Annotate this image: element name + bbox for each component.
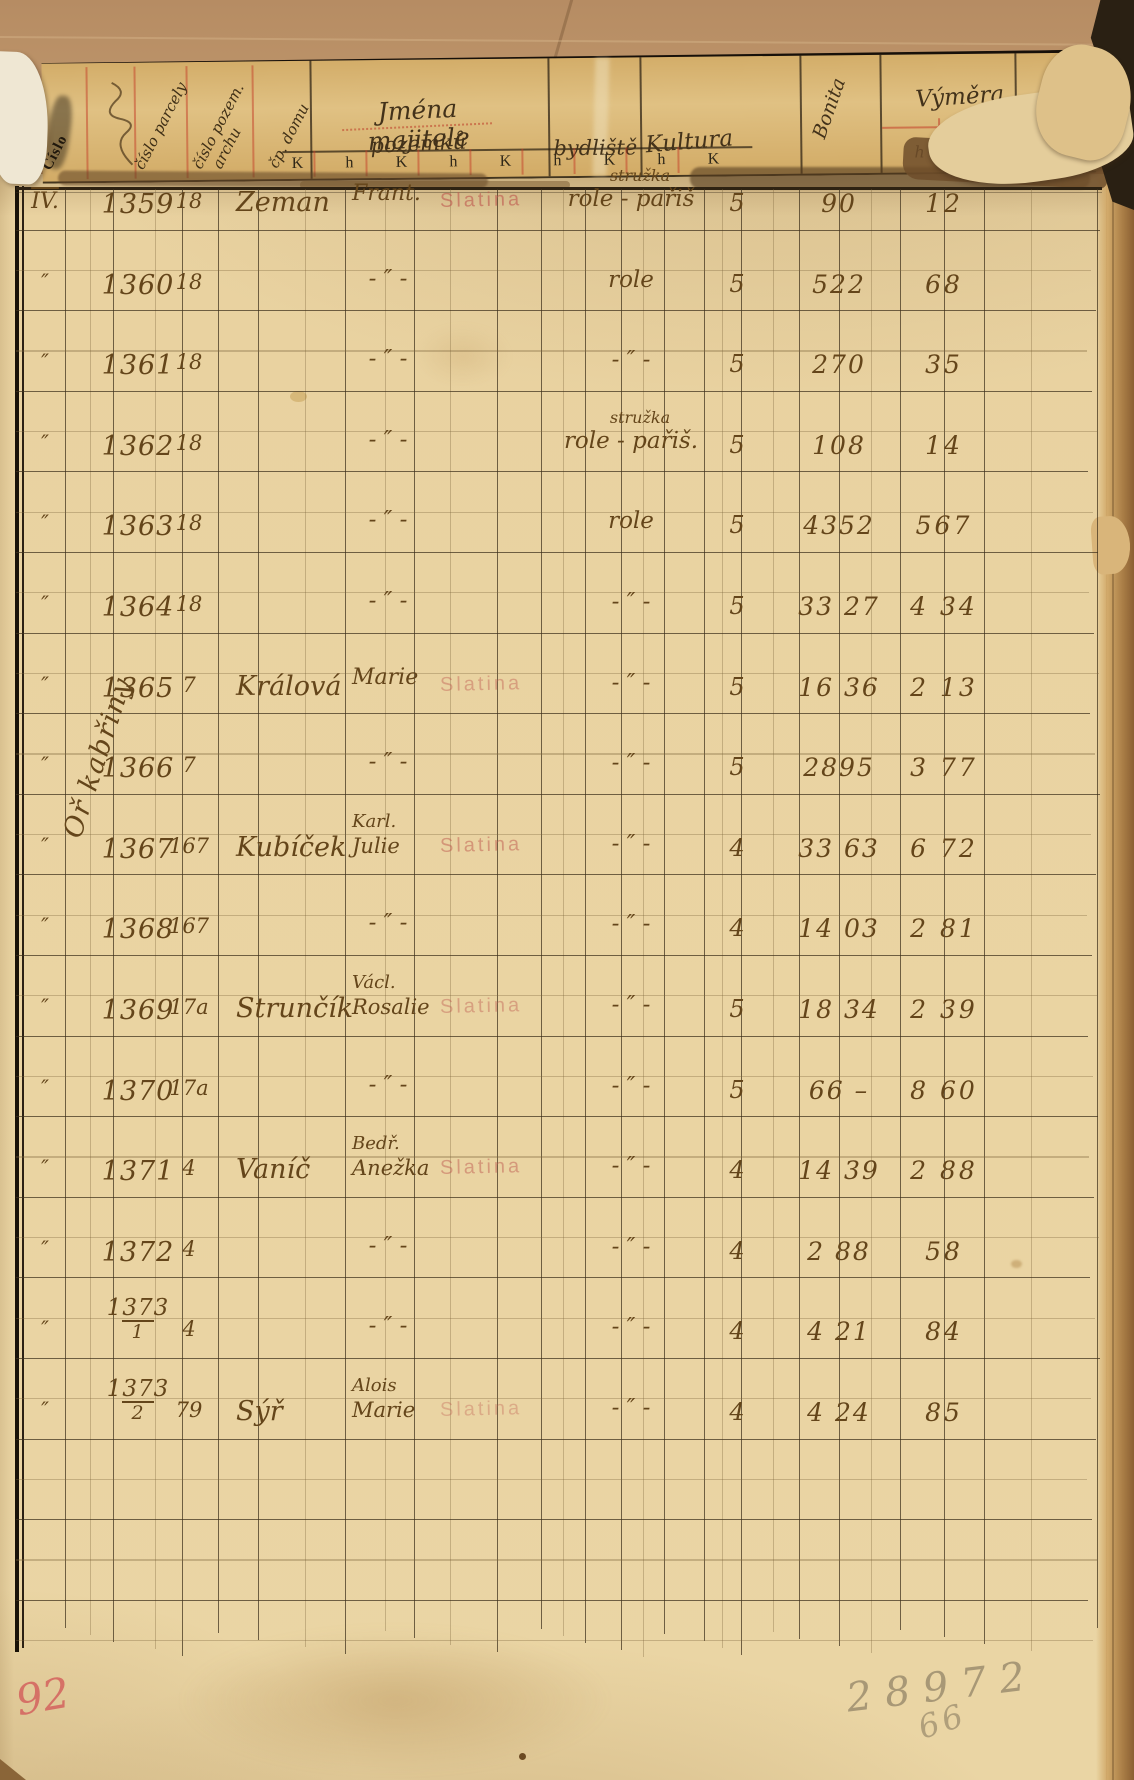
cell-owner-givenname: Marie [352,665,446,690]
cell-yield: 85 [894,1398,994,1427]
cell-owner-givenname: Alois [352,1375,446,1396]
cell-owner-ditto: - ″ - [340,910,436,936]
cell-area: 33 63 [790,834,888,863]
cell-territory-mark: IV. [22,189,68,214]
cell-culture: role [542,267,720,293]
cell-owner-givenname: Marie [352,1398,446,1422]
cell-owner-ditto: - ″ - [340,1233,436,1259]
cell-area: 270 [790,350,888,379]
table-row: ″136118- ″ -- ″ -527035 [0,350,1134,392]
cell-owner-givenname: Anežka [352,1156,446,1180]
cell-owner-givenname: Karl. [352,811,446,832]
cell-arch-number: 7 [166,673,212,697]
slatina-stamp: Slatina [440,1155,530,1180]
cell-bonita: 5 [714,753,760,781]
cell-territory-mark: ″ [22,1317,68,1341]
cell-owner-surname: Vaníč [236,1154,356,1185]
cell-arch-number: 79 [166,1398,212,1422]
cell-territory-mark: ″ [22,673,68,697]
table-row: ″137017a- ″ -- ″ -566 –8 60 [0,1076,1134,1118]
cell-owner-ditto: - ″ - [340,749,436,775]
cell-culture: - ″ - [542,750,720,776]
table-row: ″136018- ″ -role552268 [0,270,1134,312]
cell-area: 2895 [790,753,888,782]
cell-area: 14 39 [790,1156,888,1185]
cell-bonita: 5 [714,431,760,459]
scanned-register-page: Číslo číslo parcely číslo pozem. archu č… [0,0,1134,1780]
cell-yield: 2 81 [894,914,994,943]
cell-territory-mark: ″ [22,511,68,535]
cell-culture-note: stružka [580,166,700,185]
table-row: ″136917aStrunčíkVácl.RosalieSlatina- ″ -… [0,995,1134,1037]
cell-area: 33 27 [790,592,888,621]
slatina-stamp: Slatina [440,672,530,697]
cell-owner-givenname: Václ. [352,972,446,993]
slatina-stamp: Slatina [440,833,530,858]
table-row: ″136218- ″ -stružkarole - pařiš.510814 [0,431,1134,473]
cell-bonita: 5 [714,1076,760,1104]
cell-owner-givenname: Frant. [352,181,446,206]
table-row: ″13714VaníčBedř.AnežkaSlatina- ″ -414 39… [0,1156,1134,1198]
cell-arch-number: 4 [166,1317,212,1341]
cell-arch-number: 4 [166,1237,212,1261]
cell-culture: - ″ - [542,1153,720,1179]
cell-culture: role - pařiš. [542,428,720,454]
cell-bonita: 4 [714,1317,760,1345]
cell-yield: 12 [894,189,994,218]
cell-bonita: 4 [714,834,760,862]
table-row: ″1368167- ″ -- ″ -414 032 81 [0,914,1134,956]
slatina-stamp: Slatina [440,1397,530,1422]
cell-culture: - ″ - [542,347,720,373]
cell-area: 108 [790,431,888,460]
cell-territory-mark: ″ [22,1156,68,1180]
cell-owner-surname: Sýř [236,1396,356,1427]
cell-culture: - ″ - [542,992,720,1018]
cell-owner-ditto: - ″ - [340,1313,436,1339]
table-row: ″137314- ″ -- ″ -44 2184 [0,1317,1134,1359]
cell-territory-mark: ″ [22,1076,68,1100]
cell-bonita: 4 [714,914,760,942]
cell-area: 14 03 [790,914,888,943]
cell-arch-number: 167 [166,914,212,938]
cell-arch-number: 18 [166,189,212,213]
cell-culture: role [542,508,720,534]
cell-yield: 8 60 [894,1076,994,1105]
cell-area: 66 – [790,1076,888,1105]
cell-owner-surname: Zeman [236,187,356,218]
cell-territory-mark: ″ [22,914,68,938]
cell-owner-givenname: Julie [352,834,446,858]
cell-area: 522 [790,270,888,299]
cell-culture-note: stružka [580,408,700,427]
cell-territory-mark: ″ [22,350,68,374]
cell-owner-givenname: Bedř. [352,1133,446,1154]
parcel-numerator: 1373 [107,1378,170,1401]
table-row: ″13724- ″ -- ″ -42 8858 [0,1237,1134,1279]
cell-territory-mark: ″ [22,431,68,455]
cell-culture: - ″ - [542,1395,720,1421]
table-row: ″136318- ″ -role54352567 [0,511,1134,553]
cell-yield: 2 13 [894,673,994,702]
cell-culture: - ″ - [542,911,720,937]
cell-culture: - ″ - [542,1073,720,1099]
cell-arch-number: 167 [166,834,212,858]
cell-area: 90 [790,189,888,218]
parcel-denominator: 2 [122,1401,153,1423]
cell-yield: 2 39 [894,995,994,1024]
cell-culture: - ″ - [542,670,720,696]
cell-yield: 58 [894,1237,994,1266]
cell-culture: - ″ - [542,1314,720,1340]
cell-owner-ditto: - ″ - [340,588,436,614]
cell-arch-number: 18 [166,511,212,535]
table-row: ″136418- ″ -- ″ -533 274 34 [0,592,1134,634]
cell-yield: 567 [894,511,994,540]
slatina-stamp: Slatina [440,188,530,213]
cell-territory-mark: ″ [22,270,68,294]
cell-bonita: 4 [714,1398,760,1426]
cell-area: 18 34 [790,995,888,1024]
cell-area: 4 21 [790,1317,888,1346]
table-row: ″13667- ″ -- ″ -528953 77 [0,753,1134,795]
cell-yield: 4 34 [894,592,994,621]
cell-arch-number: 4 [166,1156,212,1180]
cell-arch-number: 17a [166,1076,212,1100]
cell-yield: 6 72 [894,834,994,863]
cell-yield: 84 [894,1317,994,1346]
cell-territory-mark: ″ [22,592,68,616]
cell-yield: 35 [894,350,994,379]
cell-area: 2 88 [790,1237,888,1266]
cell-owner-givenname: Rosalie [352,995,446,1019]
cell-owner-ditto: - ″ - [340,1072,436,1098]
cell-territory-mark: ″ [22,995,68,1019]
cell-arch-number: 18 [166,431,212,455]
cell-yield: 68 [894,270,994,299]
cell-area: 4 24 [790,1398,888,1427]
cell-owner-surname: Strunčík [236,993,356,1024]
cell-culture: role - pařiš [542,186,720,212]
cell-culture: - ″ - [542,831,720,857]
cell-bonita: 5 [714,511,760,539]
cell-bonita: 5 [714,270,760,298]
cell-arch-number: 18 [166,592,212,616]
cell-culture: - ″ - [542,589,720,615]
cell-owner-ditto: - ″ - [340,346,436,372]
table-row: ″1373279SýřAloisMarieSlatina- ″ -44 2485 [0,1398,1134,1440]
table-row: ″1367167KubíčekKarl.JulieSlatina- ″ -433… [0,834,1134,876]
cell-arch-number: 7 [166,753,212,777]
cell-arch-number: 18 [166,350,212,374]
cell-area: 4352 [790,511,888,540]
cell-bonita: 5 [714,673,760,701]
cell-bonita: 5 [714,189,760,217]
cell-owner-surname: Kubíček [236,832,356,863]
cell-owner-ditto: - ″ - [340,266,436,292]
register-table: IV.135918ZemanFrant.Slatinastružkarole -… [0,0,1134,1780]
parcel-denominator: 1 [122,1320,153,1342]
cell-culture: - ″ - [542,1234,720,1260]
cell-territory-mark: ″ [22,1398,68,1422]
cell-bonita: 5 [714,592,760,620]
cell-arch-number: 18 [166,270,212,294]
slatina-stamp: Slatina [440,994,530,1019]
parcel-numerator: 1373 [107,1297,170,1320]
cell-owner-surname: Králová [236,671,356,702]
table-row: IV.135918ZemanFrant.Slatinastružkarole -… [0,189,1134,231]
table-row: ″13657KrálováMarieSlatina- ″ -516 362 13 [0,673,1134,715]
cell-area: 16 36 [790,673,888,702]
cell-yield: 14 [894,431,994,460]
cell-bonita: 4 [714,1237,760,1265]
cell-owner-ditto: - ″ - [340,507,436,533]
cell-territory-mark: ″ [22,1237,68,1261]
cell-yield: 2 88 [894,1156,994,1185]
cell-owner-ditto: - ″ - [340,427,436,453]
cell-arch-number: 17a [166,995,212,1019]
cell-yield: 3 77 [894,753,994,782]
cell-bonita: 5 [714,350,760,378]
red-page-number: 92 [12,1668,73,1726]
cell-bonita: 5 [714,995,760,1023]
cell-territory-mark: ″ [22,753,68,777]
cell-bonita: 4 [714,1156,760,1184]
